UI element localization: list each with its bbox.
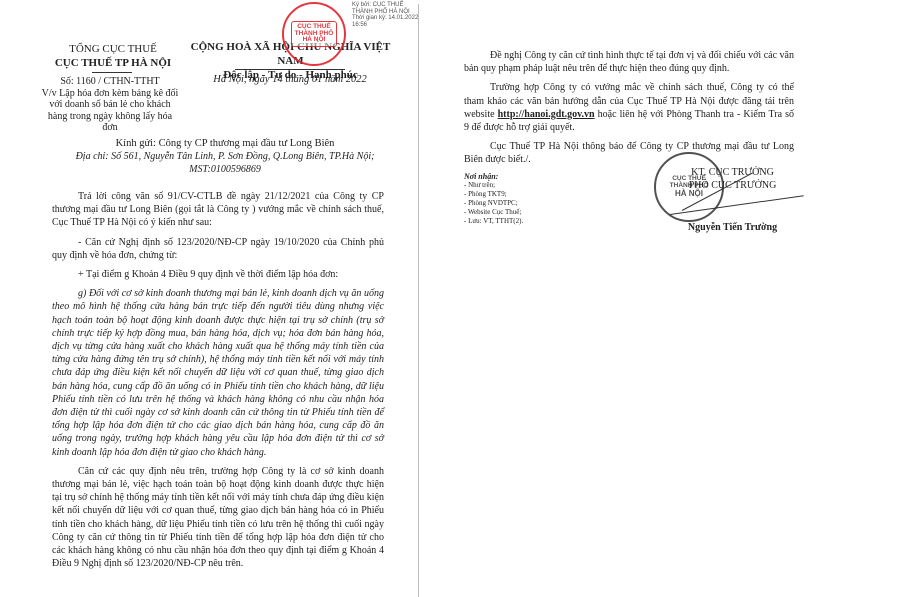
recipient-tax-code: MST:0100596869 (40, 163, 410, 176)
signature-title: KT. CỤC TRƯỞNG (660, 166, 805, 179)
motto-underline (235, 69, 345, 70)
request-paragraph: Đề nghị Công ty căn cứ tình hình thực tế… (464, 49, 794, 75)
signed-time: Thời gian ký: 14.01.2022 16:56 (352, 15, 422, 28)
recipient-address: Địa chỉ: Số 561, Nguyễn Tân Linh, P. Sơn… (40, 150, 410, 163)
intro-paragraph: Trả lời công văn số 91/CV-CTLB đề ngày 2… (52, 190, 384, 230)
document-subject: V/v Lập hóa đơn kèm bảng kê đối với doan… (40, 88, 180, 134)
agency-underline (92, 72, 132, 73)
letter-body-continued: Đề nghị Công ty căn cứ tình hình thực tế… (464, 49, 794, 173)
distribution-item: - Như trên; (464, 181, 614, 190)
signed-by: Ký bởi: CỤC THUẾ THÀNH PHỐ HÀ NỘI (352, 2, 422, 15)
e-signature-info: Ký bởi: CỤC THUẾ THÀNH PHỐ HÀ NỘI Thời g… (352, 2, 422, 28)
contact-paragraph: Trường hợp Công ty có vướng mắc về chính… (464, 81, 794, 134)
distribution-title: Nơi nhận: (464, 172, 614, 181)
distribution-item: - Phòng NVDTPC; (464, 199, 614, 208)
signature-role: PHÓ CỤC TRƯỞNG (660, 179, 805, 192)
letter-page-1: TỔNG CỤC THUẾ CỤC THUẾ TP HÀ NỘI Số: 116… (0, 0, 418, 597)
document-number: Số: 1160 / CTHN-TTHT (40, 76, 180, 88)
letter-body: Trả lời công văn số 91/CV-CTLB đề ngày 2… (52, 190, 384, 576)
closing-paragraph: Cục Thuế TP Hà Nội thông báo để Công ty … (464, 140, 794, 166)
quoted-regulation: g) Đối với cơ sở kinh doanh thương mại b… (52, 287, 384, 459)
distribution-item: - Website Cục Thuế; (464, 208, 614, 217)
conclusion-paragraph: Căn cứ các quy định nêu trên, trường hợp… (52, 465, 384, 571)
red-official-seal: CỤC THUẾ THÀNH PHỐ HÀ NỘI (282, 2, 346, 66)
distribution-item: - Phòng TKT9; (464, 190, 614, 199)
website-link[interactable]: http://hanoi.gdt.gov.vn (498, 109, 595, 120)
agency-name: CỤC THUẾ TP HÀ NỘI (48, 56, 178, 70)
distribution-item: - Lưu: VT, TTHT(2). (464, 217, 614, 226)
issuing-agency: TỔNG CỤC THUẾ CỤC THUẾ TP HÀ NỘI (48, 42, 178, 70)
clause-reference: + Tại điểm g Khoản 4 Điều 9 quy định về … (52, 268, 384, 281)
page-divider (418, 4, 419, 597)
recipient-name: Kính gửi: Công ty CP thương mại đầu tư L… (40, 137, 410, 150)
signature-block: KT. CỤC TRƯỞNG PHÓ CỤC TRƯỞNG (660, 166, 805, 192)
legal-basis-paragraph: - Căn cứ Nghị định số 123/2020/NĐ-CP ngà… (52, 236, 384, 262)
letter-page-2: Đề nghị Công ty căn cứ tình hình thực tế… (420, 0, 900, 597)
place-and-date: Hà Nội, ngày 14 tháng 01 năm 2022 (190, 74, 390, 85)
signer-name: Nguyễn Tiến Trường (660, 222, 805, 233)
parent-agency: TỔNG CỤC THUẾ (48, 42, 178, 56)
distribution-list: Nơi nhận: - Như trên; - Phòng TKT9; - Ph… (464, 172, 614, 226)
recipient-block: Kính gửi: Công ty CP thương mại đầu tư L… (40, 137, 410, 176)
document-reference: Số: 1160 / CTHN-TTHT V/v Lập hóa đơn kèm… (40, 76, 180, 134)
seal-center: CỤC THUẾ THÀNH PHỐ HÀ NỘI (291, 21, 338, 47)
